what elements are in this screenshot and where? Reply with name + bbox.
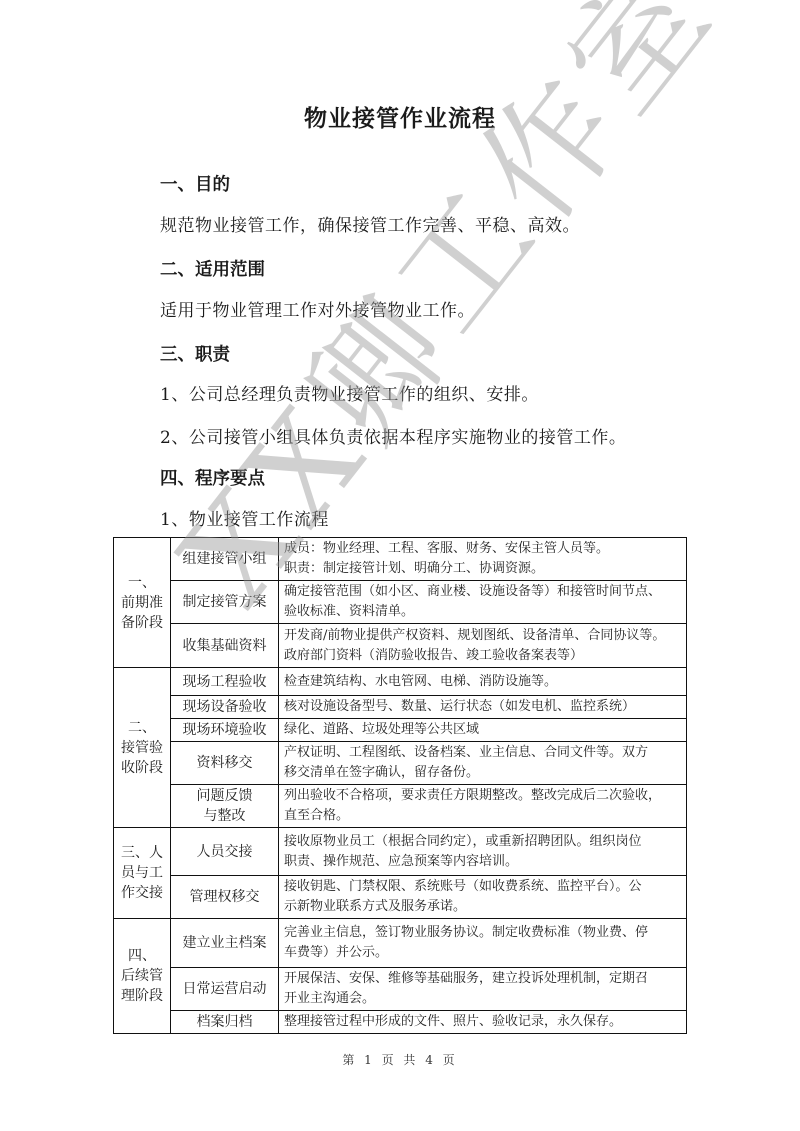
table-row: 收集基础资料 开发商/前物业提供产权资料、规划图纸、设备清单、合同协议等。 政府… — [114, 624, 687, 668]
desc-line: 直至合格。 — [284, 806, 681, 826]
desc-cell: 绿化、道路、垃圾处理等公共区域 — [279, 719, 687, 742]
step-cell: 组建接管小组 — [171, 538, 279, 581]
stage-cell: 一、 前期准 备阶段 — [114, 538, 171, 668]
desc-line: 开展保洁、安保、维修等基础服务，建立投诉处理机制，定期召 — [284, 969, 681, 989]
paragraph-purpose: 规范物业接管工作，确保接管工作完善、平稳、高效。 — [160, 211, 580, 236]
desc-line: 职责：制定接管计划、明确分工、协调资源。 — [284, 559, 681, 579]
desc-line: 确定接管范围（如小区、商业楼、设施设备等）和接管时间节点、 — [284, 582, 681, 602]
desc-line: 车费等）并公示。 — [284, 943, 681, 963]
stage-label: 后续管 — [119, 966, 165, 986]
stage-label: 三、人 — [119, 843, 165, 863]
desc-line: 政府部门资料（消防验收报告、竣工验收备案表等） — [284, 646, 681, 666]
stage-label: 前期准 — [119, 593, 165, 613]
table-row: 现场设备验收 核对设施设备型号、数量、运行状态（如发电机、监控系统） — [114, 696, 687, 719]
desc-cell: 接收原物业员工（根据合同约定），或重新招聘团队。组织岗位 职责、操作规范、应急预… — [279, 828, 687, 876]
step-line: 与整改 — [176, 806, 273, 826]
desc-line: 职责、操作规范、应急预案等内容培训。 — [284, 852, 681, 872]
workflow-table: 一、 前期准 备阶段 组建接管小组 成员：物业经理、工程、客服、财务、安保主管人… — [113, 537, 687, 1034]
section-heading-scope: 二、适用范围 — [160, 256, 265, 281]
step-cell: 收集基础资料 — [171, 624, 279, 668]
desc-line: 移交清单在签字确认，留存备份。 — [284, 763, 681, 783]
step-cell: 现场设备验收 — [171, 696, 279, 719]
desc-cell: 成员：物业经理、工程、客服、财务、安保主管人员等。 职责：制定接管计划、明确分工… — [279, 538, 687, 581]
table-row: 资料移交 产权证明、工程图纸、设备档案、业主信息、合同文件等。双方 移交清单在签… — [114, 742, 687, 785]
step-cell: 档案归档 — [171, 1011, 279, 1034]
section-heading-procedure: 四、程序要点 — [160, 465, 265, 490]
stage-cell: 二、 接管验 收阶段 — [114, 668, 171, 828]
desc-cell: 产权证明、工程图纸、设备档案、业主信息、合同文件等。双方 移交清单在签字确认，留… — [279, 742, 687, 785]
table-row: 现场环境验收 绿化、道路、垃圾处理等公共区域 — [114, 719, 687, 742]
step-cell: 日常运营启动 — [171, 968, 279, 1011]
desc-cell: 核对设施设备型号、数量、运行状态（如发电机、监控系统） — [279, 696, 687, 719]
table-row: 二、 接管验 收阶段 现场工程验收 检查建筑结构、水电管网、电梯、消防设施等。 — [114, 668, 687, 696]
table-row: 四、 后续管 理阶段 建立业主档案 完善业主信息，签订物业服务协议。制定收费标准… — [114, 919, 687, 968]
paragraph-scope: 适用于物业管理工作对外接管物业工作。 — [160, 296, 475, 321]
step-line: 问题反馈 — [176, 786, 273, 806]
step-cell: 制定接管方案 — [171, 581, 279, 624]
stage-label: 接管验 — [119, 738, 165, 758]
stage-label: 备阶段 — [119, 613, 165, 633]
table-row: 档案归档 整理接管过程中形成的文件、照片、验收记录，永久保存。 — [114, 1011, 687, 1034]
desc-cell: 列出验收不合格项，要求责任方限期整改。整改完成后二次验收， 直至合格。 — [279, 785, 687, 828]
subheading-workflow: 1、物业接管工作流程 — [160, 505, 329, 530]
desc-cell: 开展保洁、安保、维修等基础服务，建立投诉处理机制，定期召 开业主沟通会。 — [279, 968, 687, 1011]
step-cell: 管理权移交 — [171, 876, 279, 919]
desc-line: 列出验收不合格项，要求责任方限期整改。整改完成后二次验收， — [284, 786, 681, 806]
stage-label: 理阶段 — [119, 986, 165, 1006]
desc-line: 开发商/前物业提供产权资料、规划图纸、设备清单、合同协议等。 — [284, 626, 681, 646]
step-cell: 现场工程验收 — [171, 668, 279, 696]
table-row: 一、 前期准 备阶段 组建接管小组 成员：物业经理、工程、客服、财务、安保主管人… — [114, 538, 687, 581]
step-cell: 问题反馈 与整改 — [171, 785, 279, 828]
stage-label: 四、 — [119, 946, 165, 966]
stage-label: 二、 — [119, 718, 165, 738]
document-title: 物业接管作业流程 — [0, 100, 800, 133]
stage-label: 作交接 — [119, 883, 165, 903]
desc-cell: 确定接管范围（如小区、商业楼、设施设备等）和接管时间节点、 验收标准、资料清单。 — [279, 581, 687, 624]
table-row: 三、人 员与工 作交接 人员交接 接收原物业员工（根据合同约定），或重新招聘团队… — [114, 828, 687, 876]
desc-line: 验收标准、资料清单。 — [284, 602, 681, 622]
section-heading-responsibilities: 三、职责 — [160, 341, 230, 366]
desc-cell: 整理接管过程中形成的文件、照片、验收记录，永久保存。 — [279, 1011, 687, 1034]
desc-line: 完善业主信息，签订物业服务协议。制定收费标准（物业费、停 — [284, 923, 681, 943]
stage-cell: 三、人 员与工 作交接 — [114, 828, 171, 919]
desc-cell: 开发商/前物业提供产权资料、规划图纸、设备清单、合同协议等。 政府部门资料（消防… — [279, 624, 687, 668]
desc-cell: 接收钥匙、门禁权限、系统账号（如收费系统、监控平台）。公 示新物业联系方式及服务… — [279, 876, 687, 919]
stage-label: 一、 — [119, 573, 165, 593]
paragraph-responsibility-2: 2、公司接管小组具体负责依据本程序实施物业的接管工作。 — [160, 423, 626, 448]
page-footer: 第 1 页 共 4 页 — [0, 1051, 800, 1068]
table-row: 管理权移交 接收钥匙、门禁权限、系统账号（如收费系统、监控平台）。公 示新物业联… — [114, 876, 687, 919]
stage-label: 员与工 — [119, 863, 165, 883]
paragraph-responsibility-1: 1、公司总经理负责物业接管工作的组织、安排。 — [160, 380, 539, 405]
table-row: 制定接管方案 确定接管范围（如小区、商业楼、设施设备等）和接管时间节点、 验收标… — [114, 581, 687, 624]
stage-cell: 四、 后续管 理阶段 — [114, 919, 171, 1034]
stage-label: 收阶段 — [119, 758, 165, 778]
desc-cell: 检查建筑结构、水电管网、电梯、消防设施等。 — [279, 668, 687, 696]
desc-line: 产权证明、工程图纸、设备档案、业主信息、合同文件等。双方 — [284, 743, 681, 763]
table-row: 问题反馈 与整改 列出验收不合格项，要求责任方限期整改。整改完成后二次验收， 直… — [114, 785, 687, 828]
desc-line: 接收原物业员工（根据合同约定），或重新招聘团队。组织岗位 — [284, 832, 681, 852]
section-heading-purpose: 一、目的 — [160, 171, 230, 196]
table-row: 日常运营启动 开展保洁、安保、维修等基础服务，建立投诉处理机制，定期召 开业主沟… — [114, 968, 687, 1011]
step-cell: 资料移交 — [171, 742, 279, 785]
desc-line: 开业主沟通会。 — [284, 989, 681, 1009]
step-cell: 人员交接 — [171, 828, 279, 876]
desc-line: 接收钥匙、门禁权限、系统账号（如收费系统、监控平台）。公 — [284, 877, 681, 897]
step-cell: 建立业主档案 — [171, 919, 279, 968]
desc-line: 成员：物业经理、工程、客服、财务、安保主管人员等。 — [284, 539, 681, 559]
desc-line: 示新物业联系方式及服务承诺。 — [284, 897, 681, 917]
desc-cell: 完善业主信息，签订物业服务协议。制定收费标准（物业费、停 车费等）并公示。 — [279, 919, 687, 968]
step-cell: 现场环境验收 — [171, 719, 279, 742]
